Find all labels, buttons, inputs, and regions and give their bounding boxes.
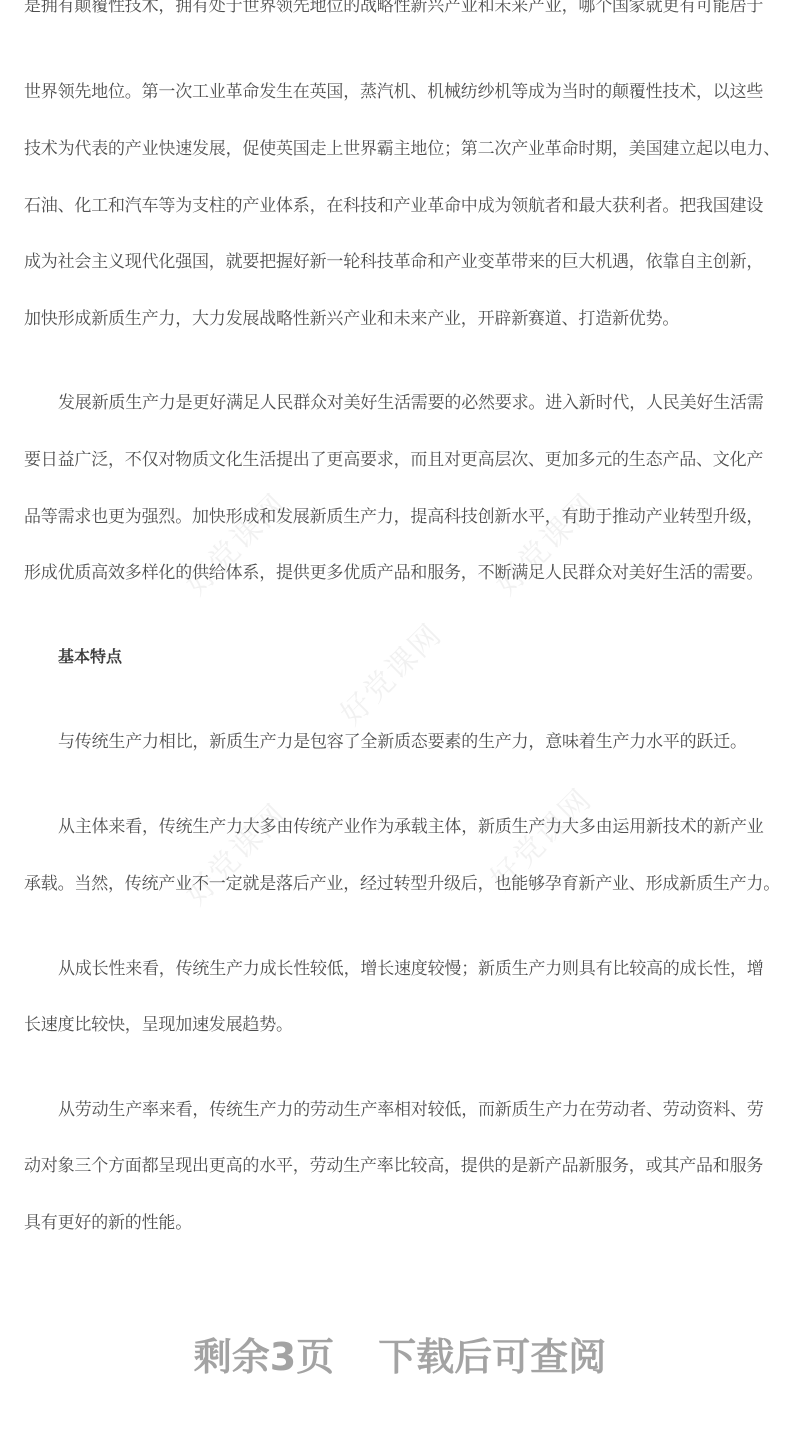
- text-line: 发展新质生产力是更好满足人民群众对美好生活需要的必然要求。进入新时代，人民美好生…: [58, 391, 784, 415]
- download-prompt-banner[interactable]: 剩余3页下载后可查阅: [0, 1332, 800, 1382]
- text-line: 加快形成新质生产力，大力发展战略性新兴产业和未来产业，开辟新赛道、打造新优势。: [24, 307, 784, 331]
- text-line: 是拥有颠覆性技术，拥有处于世界领先地位的战略性新兴产业和未来产业，哪个国家就更有…: [24, 0, 784, 18]
- text-line: 具有更好的新的性能。: [24, 1211, 784, 1235]
- section-heading: 基本特点: [58, 645, 122, 669]
- text-line: 成为社会主义现代化强国，就要把握好新一轮科技革命和产业变革带来的巨大机遇，依靠自…: [24, 250, 784, 274]
- text-line: 要日益广泛，不仅对物质文化生活提出了更高要求，而且对更高层次、更加多元的生态产品…: [24, 448, 784, 472]
- text-line: 品等需求也更为强烈。加快形成和发展新质生产力，提高科技创新水平，有助于推动产业转…: [24, 505, 784, 529]
- text-line: 从成长性来看，传统生产力成长性较低，增长速度较慢；新质生产力则具有比较高的成长性…: [58, 957, 784, 981]
- text-line: 技术为代表的产业快速发展，促使英国走上世界霸主地位；第二次产业革命时期，美国建立…: [24, 137, 784, 161]
- text-line: 从劳动生产率来看，传统生产力的劳动生产率相对较低，而新质生产力在劳动者、劳动资料…: [58, 1098, 784, 1122]
- remaining-pages-label: 剩余3页: [194, 1335, 334, 1379]
- text-line: 与传统生产力相比，新质生产力是包容了全新质态要素的生产力，意味着生产力水平的跃迁…: [58, 730, 784, 754]
- watermark: 好党课网: [328, 611, 450, 733]
- text-line: 动对象三个方面都呈现出更高的水平，劳动生产率比较高，提供的是新产品新服务，或其产…: [24, 1154, 784, 1178]
- text-line: 从主体来看，传统生产力大多由传统产业作为承载主体，新质生产力大多由运用新技术的新…: [58, 815, 784, 839]
- text-line: 形成优质高效多样化的供给体系，提供更多优质产品和服务，不断满足人民群众对美好生活…: [24, 561, 784, 585]
- text-line: 世界领先地位。第一次工业革命发生在英国，蒸汽机、机械纺纱机等成为当时的颠覆性技术…: [24, 80, 784, 104]
- text-line: 长速度比较快，呈现加速发展趋势。: [24, 1013, 784, 1037]
- text-line: 石油、化工和汽车等为支柱的产业体系，在科技和产业革命中成为领航者和最大获利者。把…: [24, 194, 784, 218]
- text-line: 承载。当然，传统产业不一定就是落后产业，经过转型升级后，也能够孕育新产业、形成新…: [24, 872, 784, 896]
- download-hint-label: 下载后可查阅: [378, 1335, 606, 1379]
